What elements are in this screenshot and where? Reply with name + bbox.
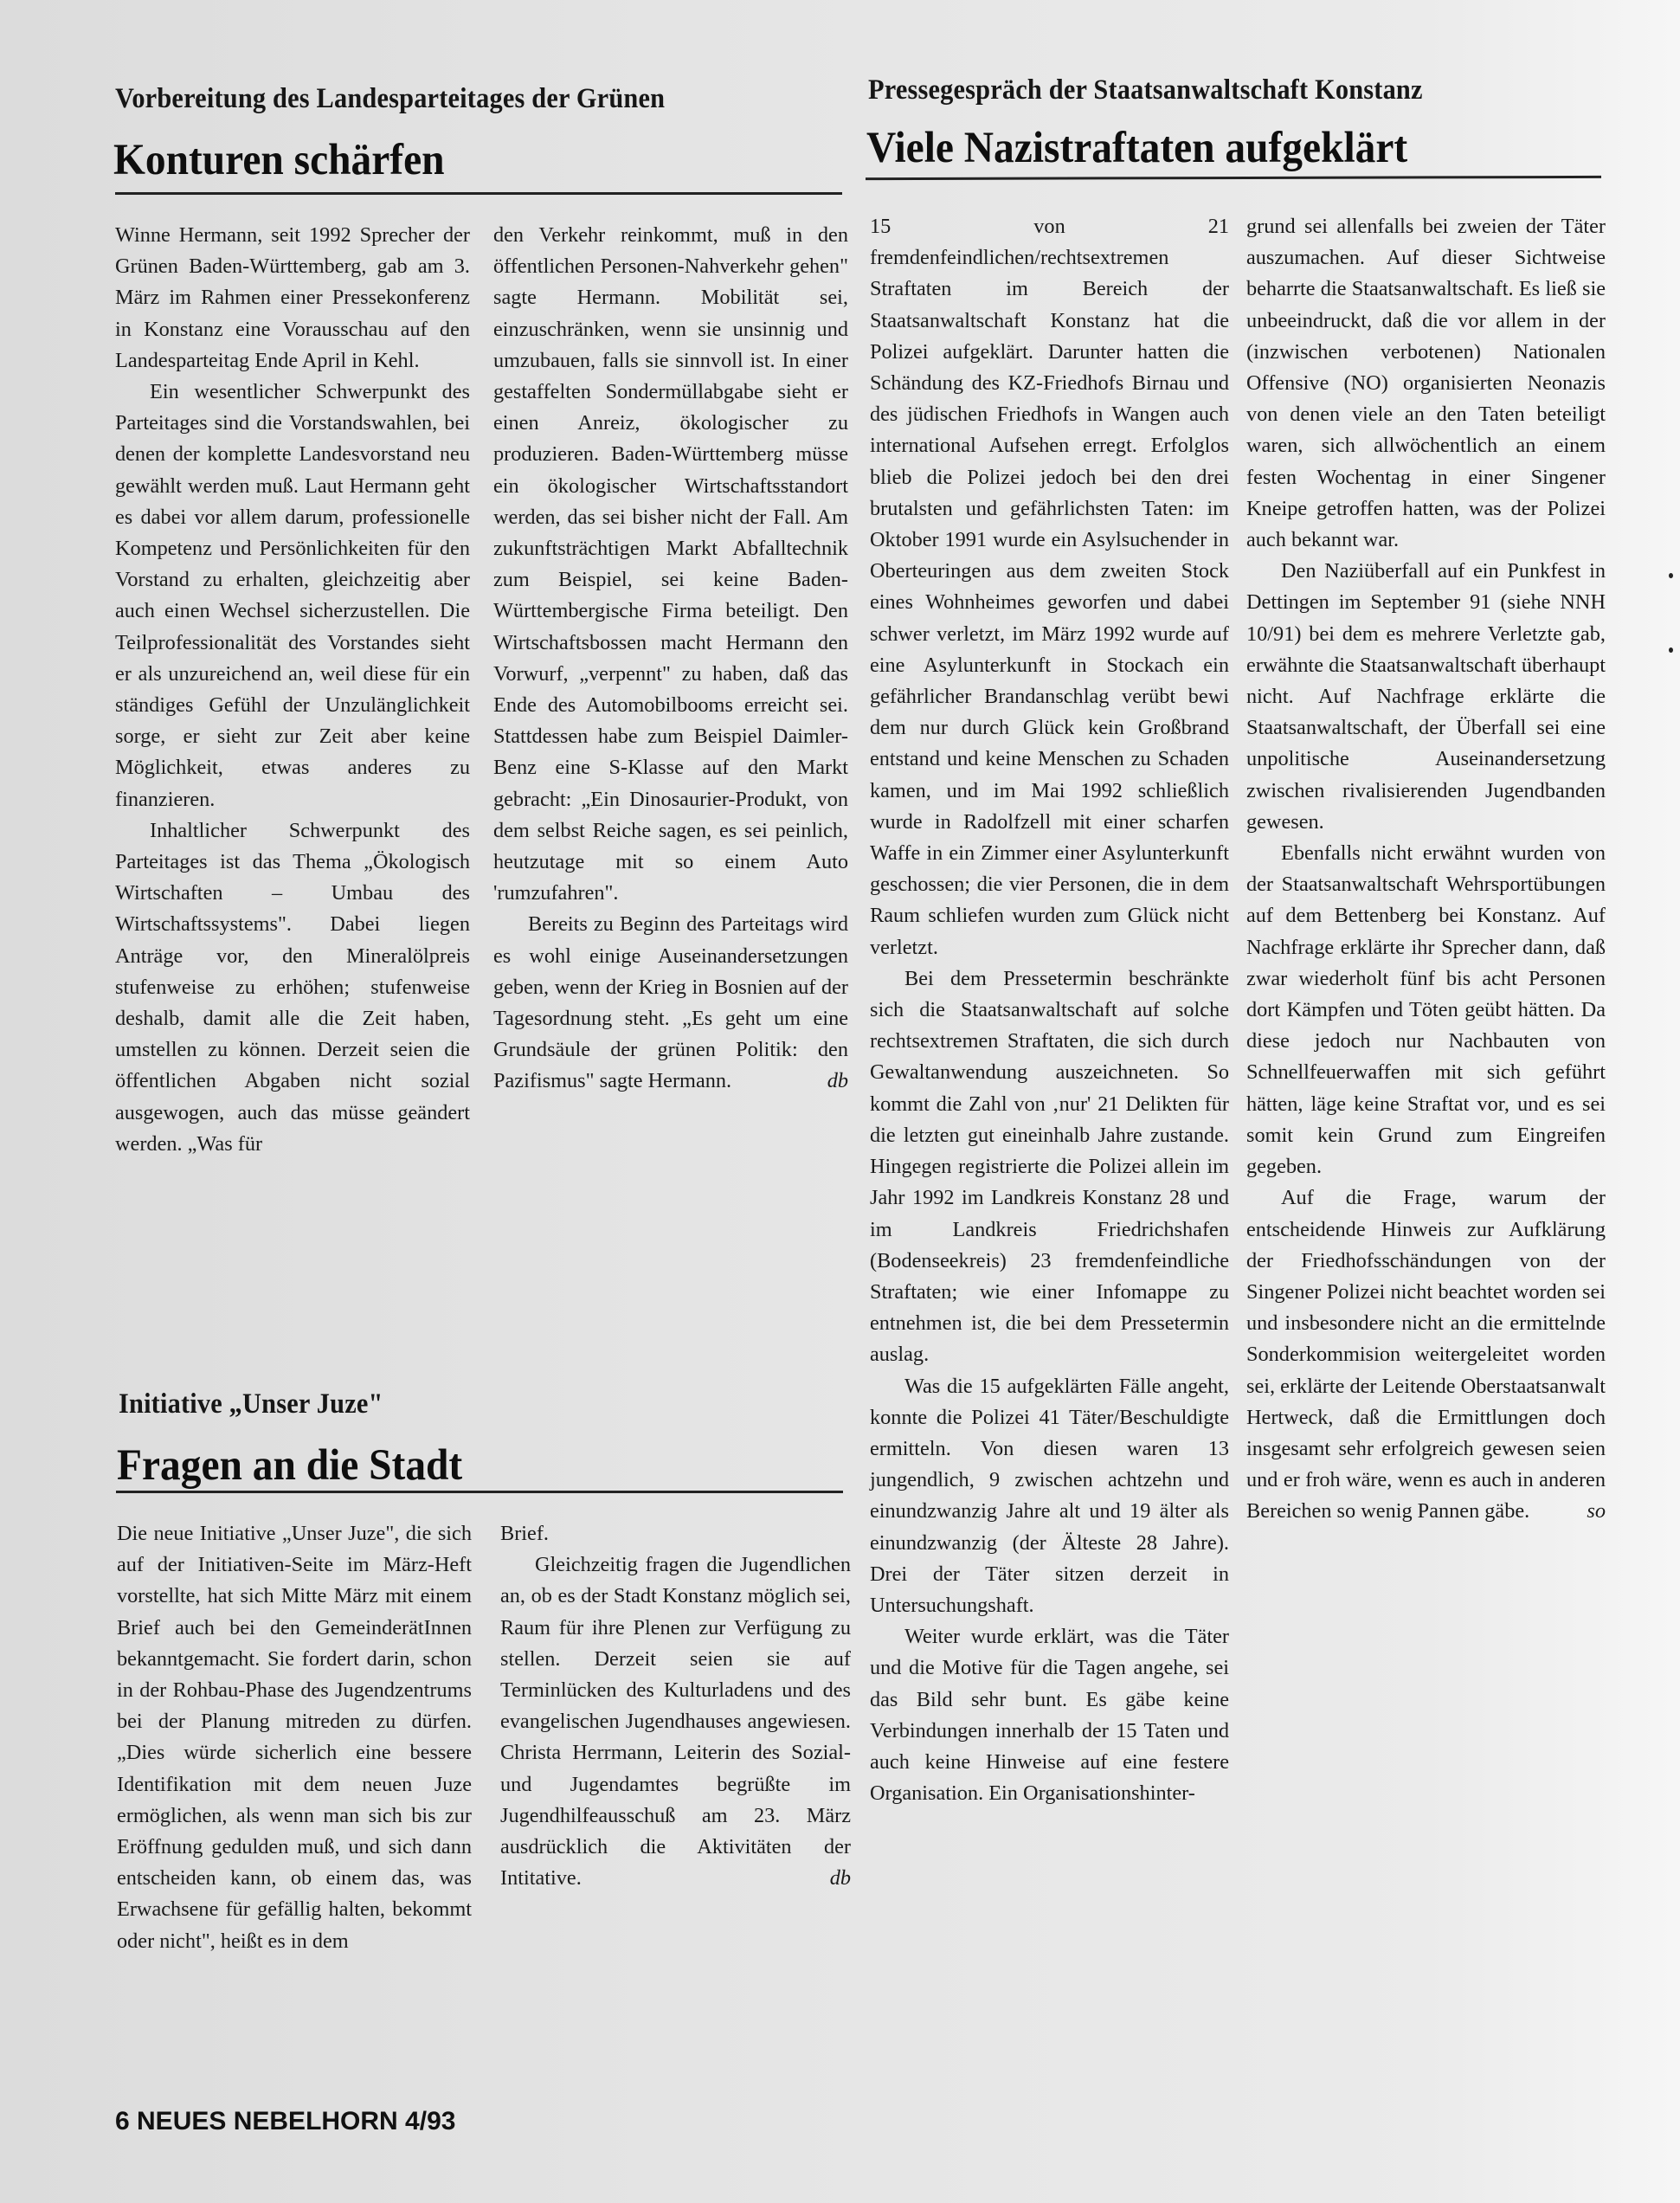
paragraph: Inhaltlicher Schwerpunkt des Parteitages…: [115, 815, 470, 1160]
paragraph: Winne Hermann, seit 1992 Sprecher der Gr…: [115, 220, 470, 377]
paragraph: Weiter wurde erklärt, was die Täter und …: [870, 1621, 1229, 1809]
article-headline: Fragen an die Stadt: [117, 1440, 462, 1491]
article-kicker: Initiative „Unser Juze": [119, 1388, 383, 1420]
article-column-1: 15 von 21 fremdenfeindlichen/rechtsextre…: [870, 211, 1229, 2055]
paragraph: 15 von 21 fremdenfeindlichen/rechtsextre…: [870, 211, 1229, 963]
article-column-1: Winne Hermann, seit 1992 Sprecher der Gr…: [115, 220, 470, 1259]
paragraph: Den Naziüberfall auf ein Punkfest in Det…: [1246, 556, 1606, 838]
article-headline: Viele Nazistraftaten aufgeklärt: [866, 123, 1407, 173]
headline-rule: [866, 176, 1601, 180]
paragraph: Ebenfalls nicht erwähnt wurden von der S…: [1246, 838, 1606, 1182]
page-footer: 6 NEUES NEBELHORN 4/93: [115, 2107, 455, 2136]
article-column-1: Die neue Initiative „Unser Juze", die si…: [117, 1518, 472, 2055]
paragraph: grund sei allenfalls bei zweien der Täte…: [1246, 211, 1606, 556]
paragraph: Was die 15 aufgeklärten Fälle angeht, ko…: [870, 1371, 1229, 1622]
headline-rule: [116, 1491, 843, 1493]
paragraph: Ein wesentlicher Schwerpunkt des Parteit…: [115, 377, 470, 815]
article-column-2: den Verkehr reinkommt, muß in den öffent…: [493, 220, 848, 1259]
paragraph: Auf die Frage, warum der entscheidende H…: [1246, 1182, 1606, 1527]
author-signature: db: [793, 1066, 848, 1097]
author-signature: db: [795, 1863, 851, 1894]
paragraph: Gleichzeitig fragen die Jugendlichen an,…: [500, 1549, 851, 1894]
headline-rule: [115, 192, 842, 195]
article-column-2: Brief. Gleichzeitig fragen die Jugendlic…: [500, 1518, 851, 1968]
article-headline: Konturen schärfen: [113, 135, 445, 185]
author-signature: so: [1552, 1496, 1606, 1527]
paragraph: Bei dem Pressetermin beschränkte sich di…: [870, 963, 1229, 1371]
scan-speck: [1669, 573, 1673, 578]
paragraph: Die neue Initiative „Unser Juze", die si…: [117, 1518, 472, 1957]
article-column-2: grund sei allenfalls bei zweien der Täte…: [1246, 211, 1606, 1769]
paragraph: den Verkehr reinkommt, muß in den öffent…: [493, 220, 848, 909]
article-kicker: Vorbereitung des Landesparteitages der G…: [115, 83, 665, 115]
article-kicker: Pressegespräch der Staatsanwaltschaft Ko…: [868, 74, 1423, 106]
scan-speck: [1669, 647, 1673, 653]
paragraph: Brief.: [500, 1518, 851, 1549]
paragraph: Bereits zu Beginn des Parteitags wird es…: [493, 909, 848, 1097]
